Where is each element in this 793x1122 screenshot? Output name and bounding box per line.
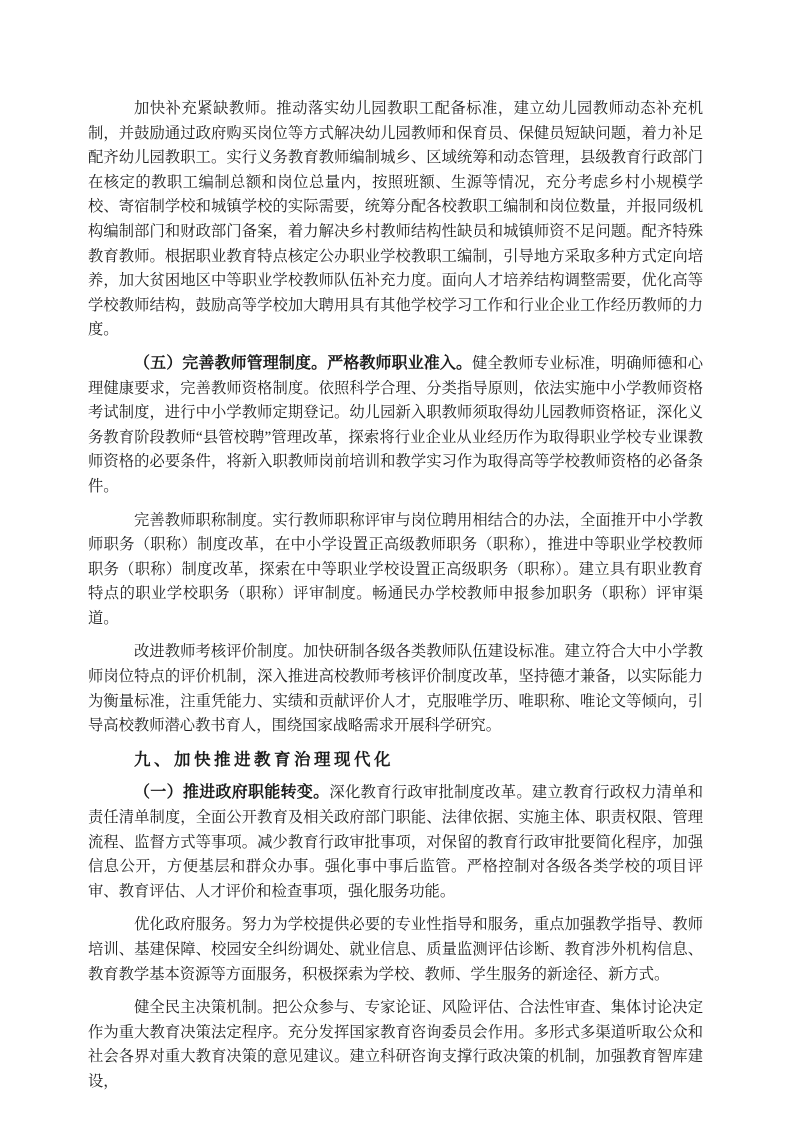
paragraph-supplement-teachers: 加快补充紧缺教师。推动落实幼儿园教职工配备标准，建立幼儿园教师动态补充机制，并鼓… — [88, 97, 703, 343]
paragraph-teacher-evaluation-system: 改进教师考核评价制度。加快研制各级各类教师队伍建设标准。建立符合大中小学教师岗位… — [88, 640, 703, 738]
document-page: 加快补充紧缺教师。推动落实幼儿园教职工配备标准，建立幼儿园教师动态补充机制，并鼓… — [0, 0, 793, 1122]
paragraph-text: 改进教师考核评价制度。加快研制各级各类教师队伍建设标准。建立符合大中小学教师岗位… — [88, 643, 703, 734]
paragraph-5-teacher-management-system: （五）完善教师管理制度。严格教师职业准入。健全教师专业标准，明确师德和心理健康要… — [88, 352, 703, 500]
section-heading-9-education-governance: 九、加快推进教育治理现代化 — [88, 748, 703, 773]
paragraph-optimize-government-services: 优化政府服务。努力为学校提供必要的专业性指导和服务，重点加强教学指导、教师培训、… — [88, 913, 703, 987]
paragraph-1-government-function-transformation: （一）推进政府职能转变。深化教育行政审批制度改革。建立教育行政权力清单和责任清单… — [88, 781, 703, 904]
paragraph-bold-lead: （五）完善教师管理制度。严格教师职业准入。 — [134, 355, 472, 372]
paragraph-teacher-title-system: 完善教师职称制度。实行教师职称评审与岗位聘用相结合的办法，全面推开中小学教师职务… — [88, 509, 703, 632]
paragraph-democratic-decision-mechanism: 健全民主决策机制。把公众参与、专家论证、风险评估、合法性审查、集体讨论决定作为重… — [88, 996, 703, 1094]
paragraph-text: 深化教育行政审批制度改革。建立教育行政权力清单和责任清单制度，全面公开教育及相关… — [88, 784, 703, 899]
paragraph-text: 加快补充紧缺教师。推动落实幼儿园教职工配备标准，建立幼儿园教师动态补充机制，并鼓… — [88, 100, 703, 338]
paragraph-text: 健全教师专业标准，明确师德和心理健康要求，完善教师资格制度。依照科学合理、分类指… — [88, 355, 703, 495]
paragraph-text: 优化政府服务。努力为学校提供必要的专业性指导和服务，重点加强教学指导、教师培训、… — [88, 916, 703, 982]
paragraph-text: 健全民主决策机制。把公众参与、专家论证、风险评估、合法性审查、集体讨论决定作为重… — [88, 999, 703, 1090]
paragraph-bold-lead: （一）推进政府职能转变。 — [134, 784, 329, 801]
paragraph-text: 完善教师职称制度。实行教师职称评审与岗位聘用相结合的办法，全面推开中小学教师职务… — [88, 512, 703, 627]
